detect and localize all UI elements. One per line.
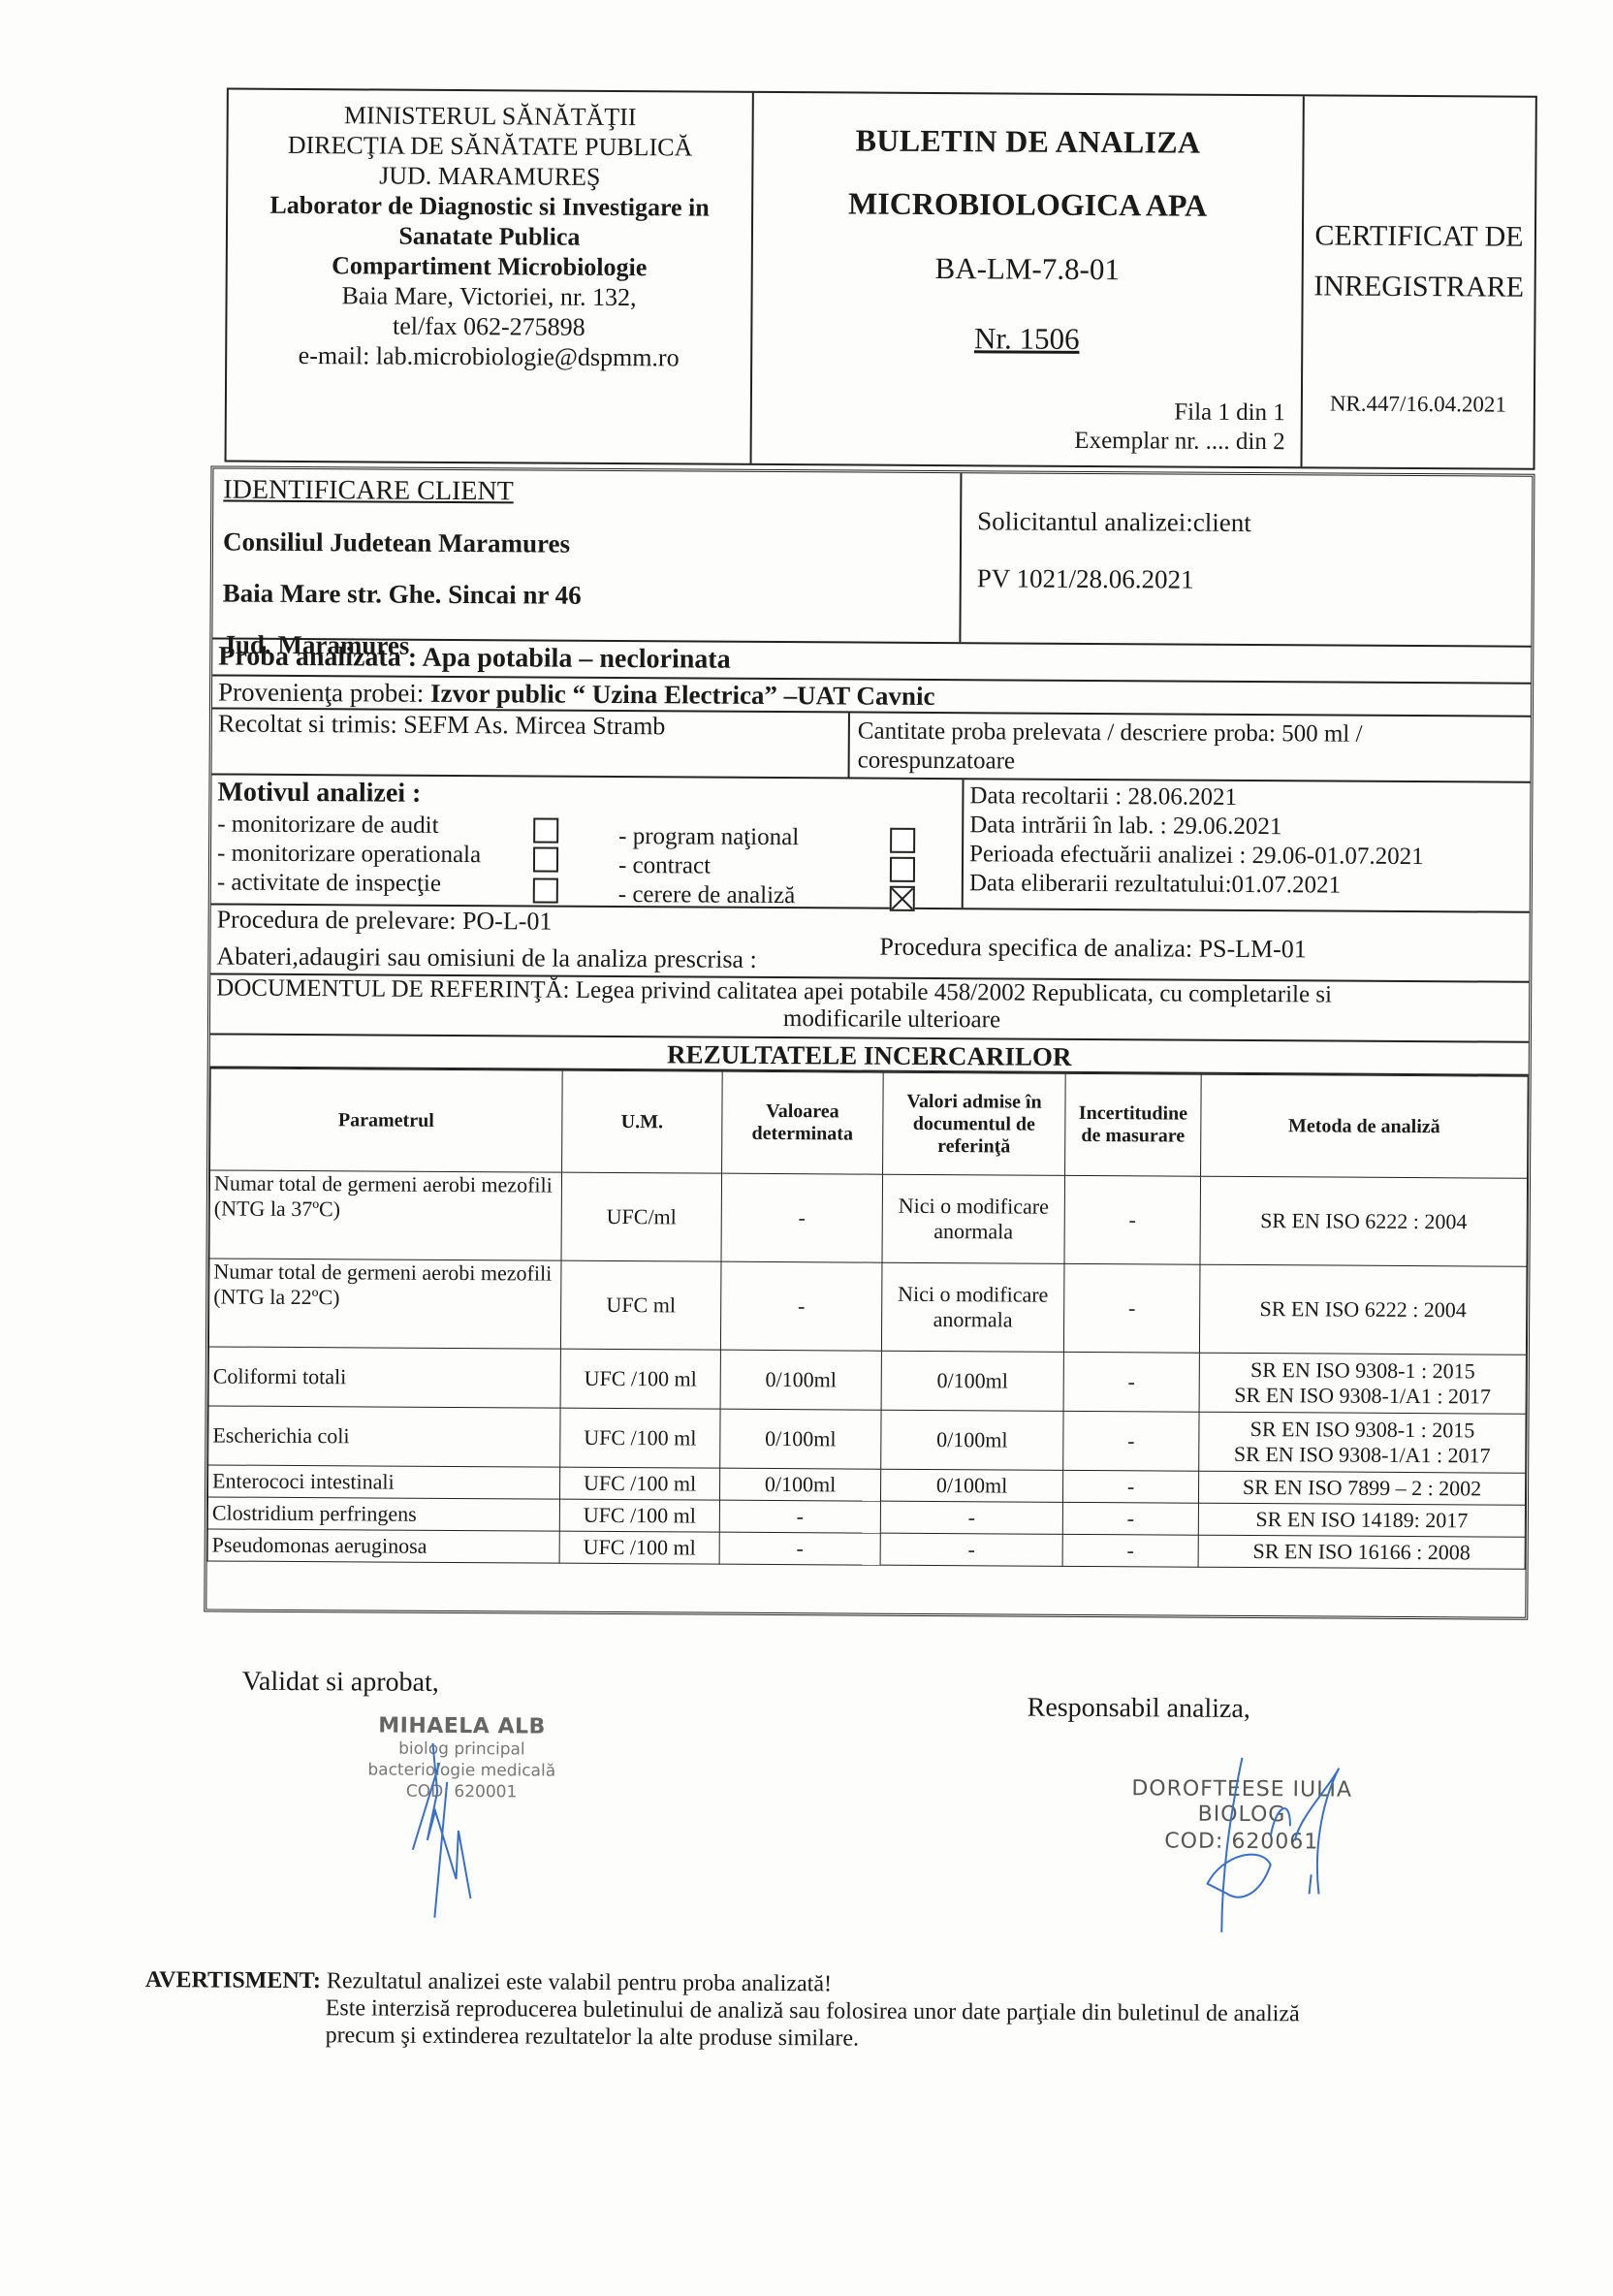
cell-parameter: Clostridium perfringens — [207, 1497, 559, 1531]
checkbox-request[interactable] — [890, 886, 915, 911]
sample-quantity-line1: Cantitate proba prelevata / descriere pr… — [858, 717, 1531, 750]
col-header-allowed: Valori admise în documentul de referinţă — [883, 1072, 1066, 1175]
institution-block: MINISTERUL SĂNĂTĂŢII DIRECŢIA DE SĂNĂTAT… — [227, 90, 754, 463]
cell-uncertainty: - — [1063, 1411, 1199, 1471]
checkbox-audit[interactable] — [533, 817, 558, 843]
sample-quantity: Cantitate proba prelevata / descriere pr… — [850, 713, 1531, 781]
cell-method: SR EN ISO 7899 – 2 : 2002 — [1198, 1471, 1525, 1505]
lab-report-page: MINISTERUL SĂNĂTĂŢII DIRECŢIA DE SĂNĂTAT… — [0, 0, 1613, 2296]
collection-date: Data recoltarii : 28.06.2021 — [969, 781, 1530, 814]
page-info-block: Fila 1 din 1 Exemplar nr. .... din 2 — [1074, 398, 1285, 457]
cell-parameter: Enterococi intestinali — [208, 1465, 560, 1499]
cell-method: SR EN ISO 14189: 2017 — [1198, 1503, 1525, 1537]
cell-uncertainty: - — [1062, 1502, 1198, 1535]
deviations: Abateri,adaugiri sau omisiuni de la anal… — [216, 941, 757, 973]
cell-unit: UFC /100 ml — [559, 1531, 719, 1564]
approved-label: Validat si aprobat, — [242, 1667, 439, 1699]
analysis-reason-section: Motivul analizei : - monitorizare de aud… — [211, 775, 1531, 912]
cell-unit: UFC ml — [560, 1260, 721, 1350]
reference-document: DOCUMENTUL DE REFERINŢĂ: Legea privind c… — [210, 974, 1529, 1042]
reason-option-national-program: - program naţional — [618, 822, 799, 852]
cell-unit: UFC /100 ml — [560, 1408, 720, 1468]
table-row: Numar total de germeni aerobi mezofili (… — [208, 1259, 1527, 1355]
col-header-method: Metoda de analiză — [1201, 1074, 1529, 1178]
client-name: Consiliul Judetean Maramures — [223, 527, 960, 562]
phone-line: tel/fax 062-275898 — [227, 310, 750, 343]
warning-line1: Rezultatul analizei este valabil pentru … — [327, 1968, 832, 1996]
release-date: Data eliberarii rezultatului:01.07.2021 — [969, 869, 1530, 902]
responsible-label: Responsabil analiza, — [1028, 1693, 1250, 1725]
lab-entry-date: Data intrării în lab. : 29.06.2021 — [969, 811, 1530, 844]
analysis-period: Perioada efectuării analizei : 29.06-01.… — [969, 840, 1530, 873]
cell-value: 0/100ml — [719, 1468, 880, 1501]
reason-options-right: - program naţional - contract - cerere d… — [618, 822, 800, 910]
client-section-title: IDENTIFICARE CLIENT — [223, 475, 960, 511]
col-header-value: Valoarea determinata — [722, 1071, 884, 1174]
department-line: Compartiment Microbiologie — [228, 250, 751, 283]
cell-value: - — [719, 1532, 880, 1565]
certificate-number: NR.447/16.04.2021 — [1303, 391, 1534, 417]
col-header-unit: U.M. — [562, 1070, 723, 1173]
report-number: Nr. 1506 — [752, 320, 1301, 358]
client-section: IDENTIFICARE CLIENT Consiliul Judetean M… — [212, 468, 1532, 647]
ministry-line: MINISTERUL SĂNĂTĂŢII — [229, 100, 752, 133]
cell-allowed: Nici o modificare anormala — [882, 1174, 1065, 1263]
checkbox-contract[interactable] — [890, 857, 915, 882]
cell-allowed: 0/100ml — [880, 1469, 1062, 1502]
pv-number: PV 1021/28.06.2021 — [977, 563, 1532, 596]
form-code: BA-LM-7.8-01 — [753, 250, 1302, 288]
sample-origin-label: Provenienţa probei: — [218, 677, 430, 707]
checkbox-operational[interactable] — [533, 846, 558, 872]
county-line: JUD. MARAMUREŞ — [228, 160, 751, 193]
cell-value: 0/100ml — [720, 1350, 881, 1410]
requester: Solicitantul analizei:client — [977, 506, 1532, 539]
lab-name-line2: Sanatate Publica — [228, 220, 751, 253]
cell-method: SR EN ISO 6222 : 2004 — [1200, 1176, 1528, 1266]
cell-parameter: Numar total de germeni aerobi mezofili (… — [209, 1170, 562, 1260]
responsible-signature-icon — [1202, 1748, 1397, 1943]
reason-options-left: - monitorizare de audit - monitorizare o… — [217, 810, 482, 899]
cell-allowed: 0/100ml — [881, 1410, 1063, 1470]
cell-method: SR EN ISO 9308-1 : 2015SR EN ISO 9308-1/… — [1199, 1353, 1526, 1414]
table-row: Escherichia coliUFC /100 ml0/100ml0/100m… — [208, 1406, 1526, 1473]
client-address: Baia Mare str. Ghe. Sincai nr 46 — [223, 579, 960, 614]
cell-unit: UFC /100 ml — [559, 1467, 719, 1500]
cell-unit: UFC /100 ml — [559, 1499, 719, 1532]
sampling-procedure: Procedura de prelevare: PO-L-01 — [217, 905, 553, 936]
cell-parameter: Escherichia coli — [208, 1406, 560, 1467]
cell-method: SR EN ISO 6222 : 2004 — [1199, 1264, 1527, 1355]
results-table: Parametrul U.M. Valoarea determinata Val… — [207, 1068, 1529, 1569]
lab-name-line1: Laborator de Diagnostic si Investigare i… — [228, 190, 751, 223]
collected-by: Recoltat si trimis: SEFM As. Mircea Stra… — [212, 709, 850, 777]
report-header: MINISTERUL SĂNĂTĂŢII DIRECŢIA DE SĂNĂTAT… — [225, 88, 1537, 470]
sample-collection-row: Recoltat si trimis: SEFM As. Mircea Stra… — [212, 709, 1531, 782]
report-title-line1: BULETIN DE ANALIZA — [753, 122, 1302, 161]
table-row: Coliformi totaliUFC /100 ml0/100ml0/100m… — [208, 1347, 1526, 1414]
certificate-title: CERTIFICAT DE INREGISTRARE — [1303, 210, 1534, 312]
table-row: Pseudomonas aeruginosaUFC /100 ml---SR E… — [207, 1529, 1525, 1569]
col-header-uncertainty: Incertitudine de masurare — [1065, 1073, 1202, 1176]
report-body: IDENTIFICARE CLIENT Consiliul Judetean M… — [204, 465, 1534, 1619]
cell-allowed: Nici o modificare anormala — [881, 1262, 1064, 1352]
cell-uncertainty: - — [1062, 1470, 1198, 1503]
reason-option-audit: - monitorizare de audit — [217, 810, 481, 841]
analysis-reason-title: Motivul analizei : — [217, 777, 962, 813]
cell-value: - — [719, 1500, 880, 1533]
specific-procedure: Procedura specifica de analiza: PS-LM-01 — [879, 933, 1307, 965]
certificate-title-line2: INREGISTRARE — [1303, 261, 1534, 312]
analysis-reason-options: Motivul analizei : - monitorizare de aud… — [211, 775, 965, 908]
warning-label: AVERTISMENT: — [145, 1967, 321, 1993]
page-info: Fila 1 din 1 — [1074, 398, 1285, 428]
certificate-title-line1: CERTIFICAT DE — [1304, 210, 1534, 262]
cell-uncertainty: - — [1063, 1263, 1200, 1353]
cell-value: 0/100ml — [720, 1409, 881, 1469]
checkbox-national-program[interactable] — [890, 828, 915, 853]
reason-option-inspection: - activitate de inspecţie — [217, 868, 481, 899]
checkbox-inspection[interactable] — [533, 877, 558, 903]
col-header-parameter: Parametrul — [210, 1068, 563, 1172]
sample-origin-value: Izvor public “ Uzina Electrica” –UAT Cav… — [430, 679, 935, 711]
cell-uncertainty: - — [1064, 1175, 1201, 1264]
warning-block: AVERTISMENT: Rezultatul analizei este va… — [145, 1966, 1300, 2055]
cell-uncertainty: - — [1063, 1352, 1199, 1412]
cell-value: - — [720, 1261, 882, 1351]
table-row: Numar total de germeni aerobi mezofili (… — [209, 1170, 1528, 1266]
approver-signature-icon — [378, 1734, 495, 1919]
client-identification: IDENTIFICARE CLIENT Consiliul Judetean M… — [212, 468, 962, 642]
cell-value: - — [721, 1173, 883, 1262]
reason-option-operational: - monitorizare operationala — [217, 839, 481, 870]
cell-unit: UFC /100 ml — [560, 1349, 720, 1409]
copy-info: Exemplar nr. .... din 2 — [1074, 427, 1285, 457]
address-line: Baia Mare, Victoriei, nr. 132, — [227, 280, 750, 313]
reason-option-request: - cerere de analiză — [618, 880, 799, 910]
cell-parameter: Pseudomonas aeruginosa — [207, 1529, 559, 1563]
report-title-block: BULETIN DE ANALIZA MICROBIOLOGICA APA BA… — [752, 93, 1305, 466]
cell-allowed: - — [880, 1501, 1062, 1534]
results-header-row: Parametrul U.M. Valoarea determinata Val… — [210, 1068, 1529, 1178]
cell-uncertainty: - — [1062, 1534, 1198, 1567]
cell-parameter: Coliformi totali — [208, 1347, 560, 1408]
directorate-line: DIRECŢIA DE SĂNĂTATE PUBLICĂ — [228, 130, 751, 163]
cell-unit: UFC/ml — [561, 1172, 722, 1261]
cell-method: SR EN ISO 9308-1 : 2015SR EN ISO 9308-1/… — [1199, 1412, 1526, 1473]
cell-parameter: Numar total de germeni aerobi mezofili (… — [208, 1259, 561, 1349]
cell-allowed: 0/100ml — [881, 1351, 1063, 1411]
cell-allowed: - — [880, 1533, 1062, 1566]
requester-block: Solicitantul analizei:client PV 1021/28.… — [961, 473, 1532, 646]
analysis-dates: Data recoltarii : 28.06.2021 Data intrăr… — [964, 780, 1531, 911]
certificate-block: CERTIFICAT DE INREGISTRARE NR.447/16.04.… — [1303, 96, 1535, 467]
procedures-row: Procedura de prelevare: PO-L-01 Procedur… — [210, 905, 1529, 982]
cell-method: SR EN ISO 16166 : 2008 — [1198, 1535, 1525, 1569]
email-line: e-mail: lab.microbiologie@dspmm.ro — [227, 340, 750, 373]
reason-option-contract: - contract — [618, 851, 799, 881]
report-title-line2: MICROBIOLOGICA APA — [753, 185, 1302, 224]
sample-quantity-line2: corespunzatoare — [858, 747, 1531, 780]
